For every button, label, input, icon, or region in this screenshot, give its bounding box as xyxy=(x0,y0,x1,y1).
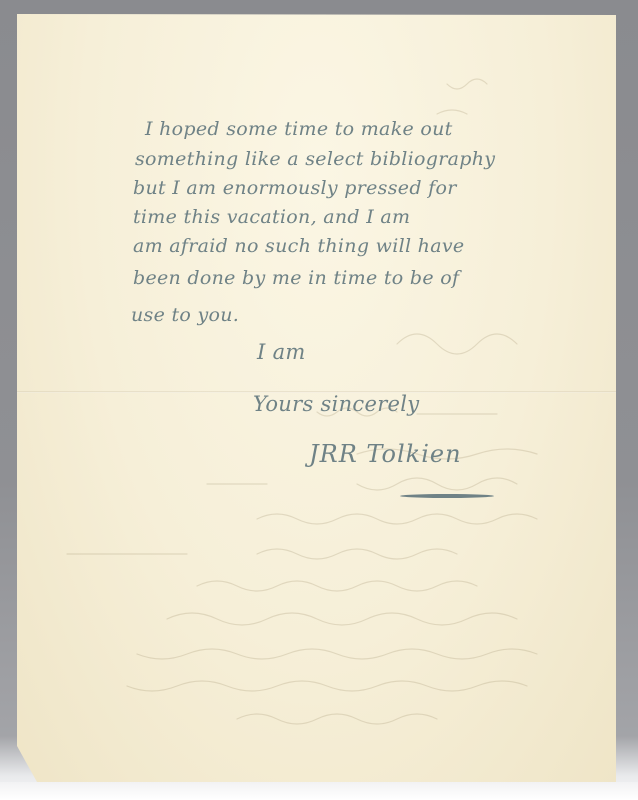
signature: JRR Tolkien xyxy=(309,440,462,468)
closing-prefix: I am xyxy=(257,340,306,364)
letter-line-2: something like a select bibliography xyxy=(135,148,495,170)
closing-salutation: Yours sincerely xyxy=(253,392,419,416)
letter-line-3: but I am enormously pressed for xyxy=(133,177,457,199)
letter-line-6: been done by me in time to be of xyxy=(133,267,459,289)
signature-underline xyxy=(400,494,494,498)
letter-line-5: am afraid no such thing will have xyxy=(133,235,464,257)
letter-page: I hoped some time to make out something … xyxy=(17,14,616,782)
display-floor xyxy=(0,782,638,800)
letter-line-1: I hoped some time to make out xyxy=(145,118,453,140)
letter-line-7: use to you. xyxy=(131,304,239,326)
letter-line-4: time this vacation, and I am xyxy=(133,206,410,228)
